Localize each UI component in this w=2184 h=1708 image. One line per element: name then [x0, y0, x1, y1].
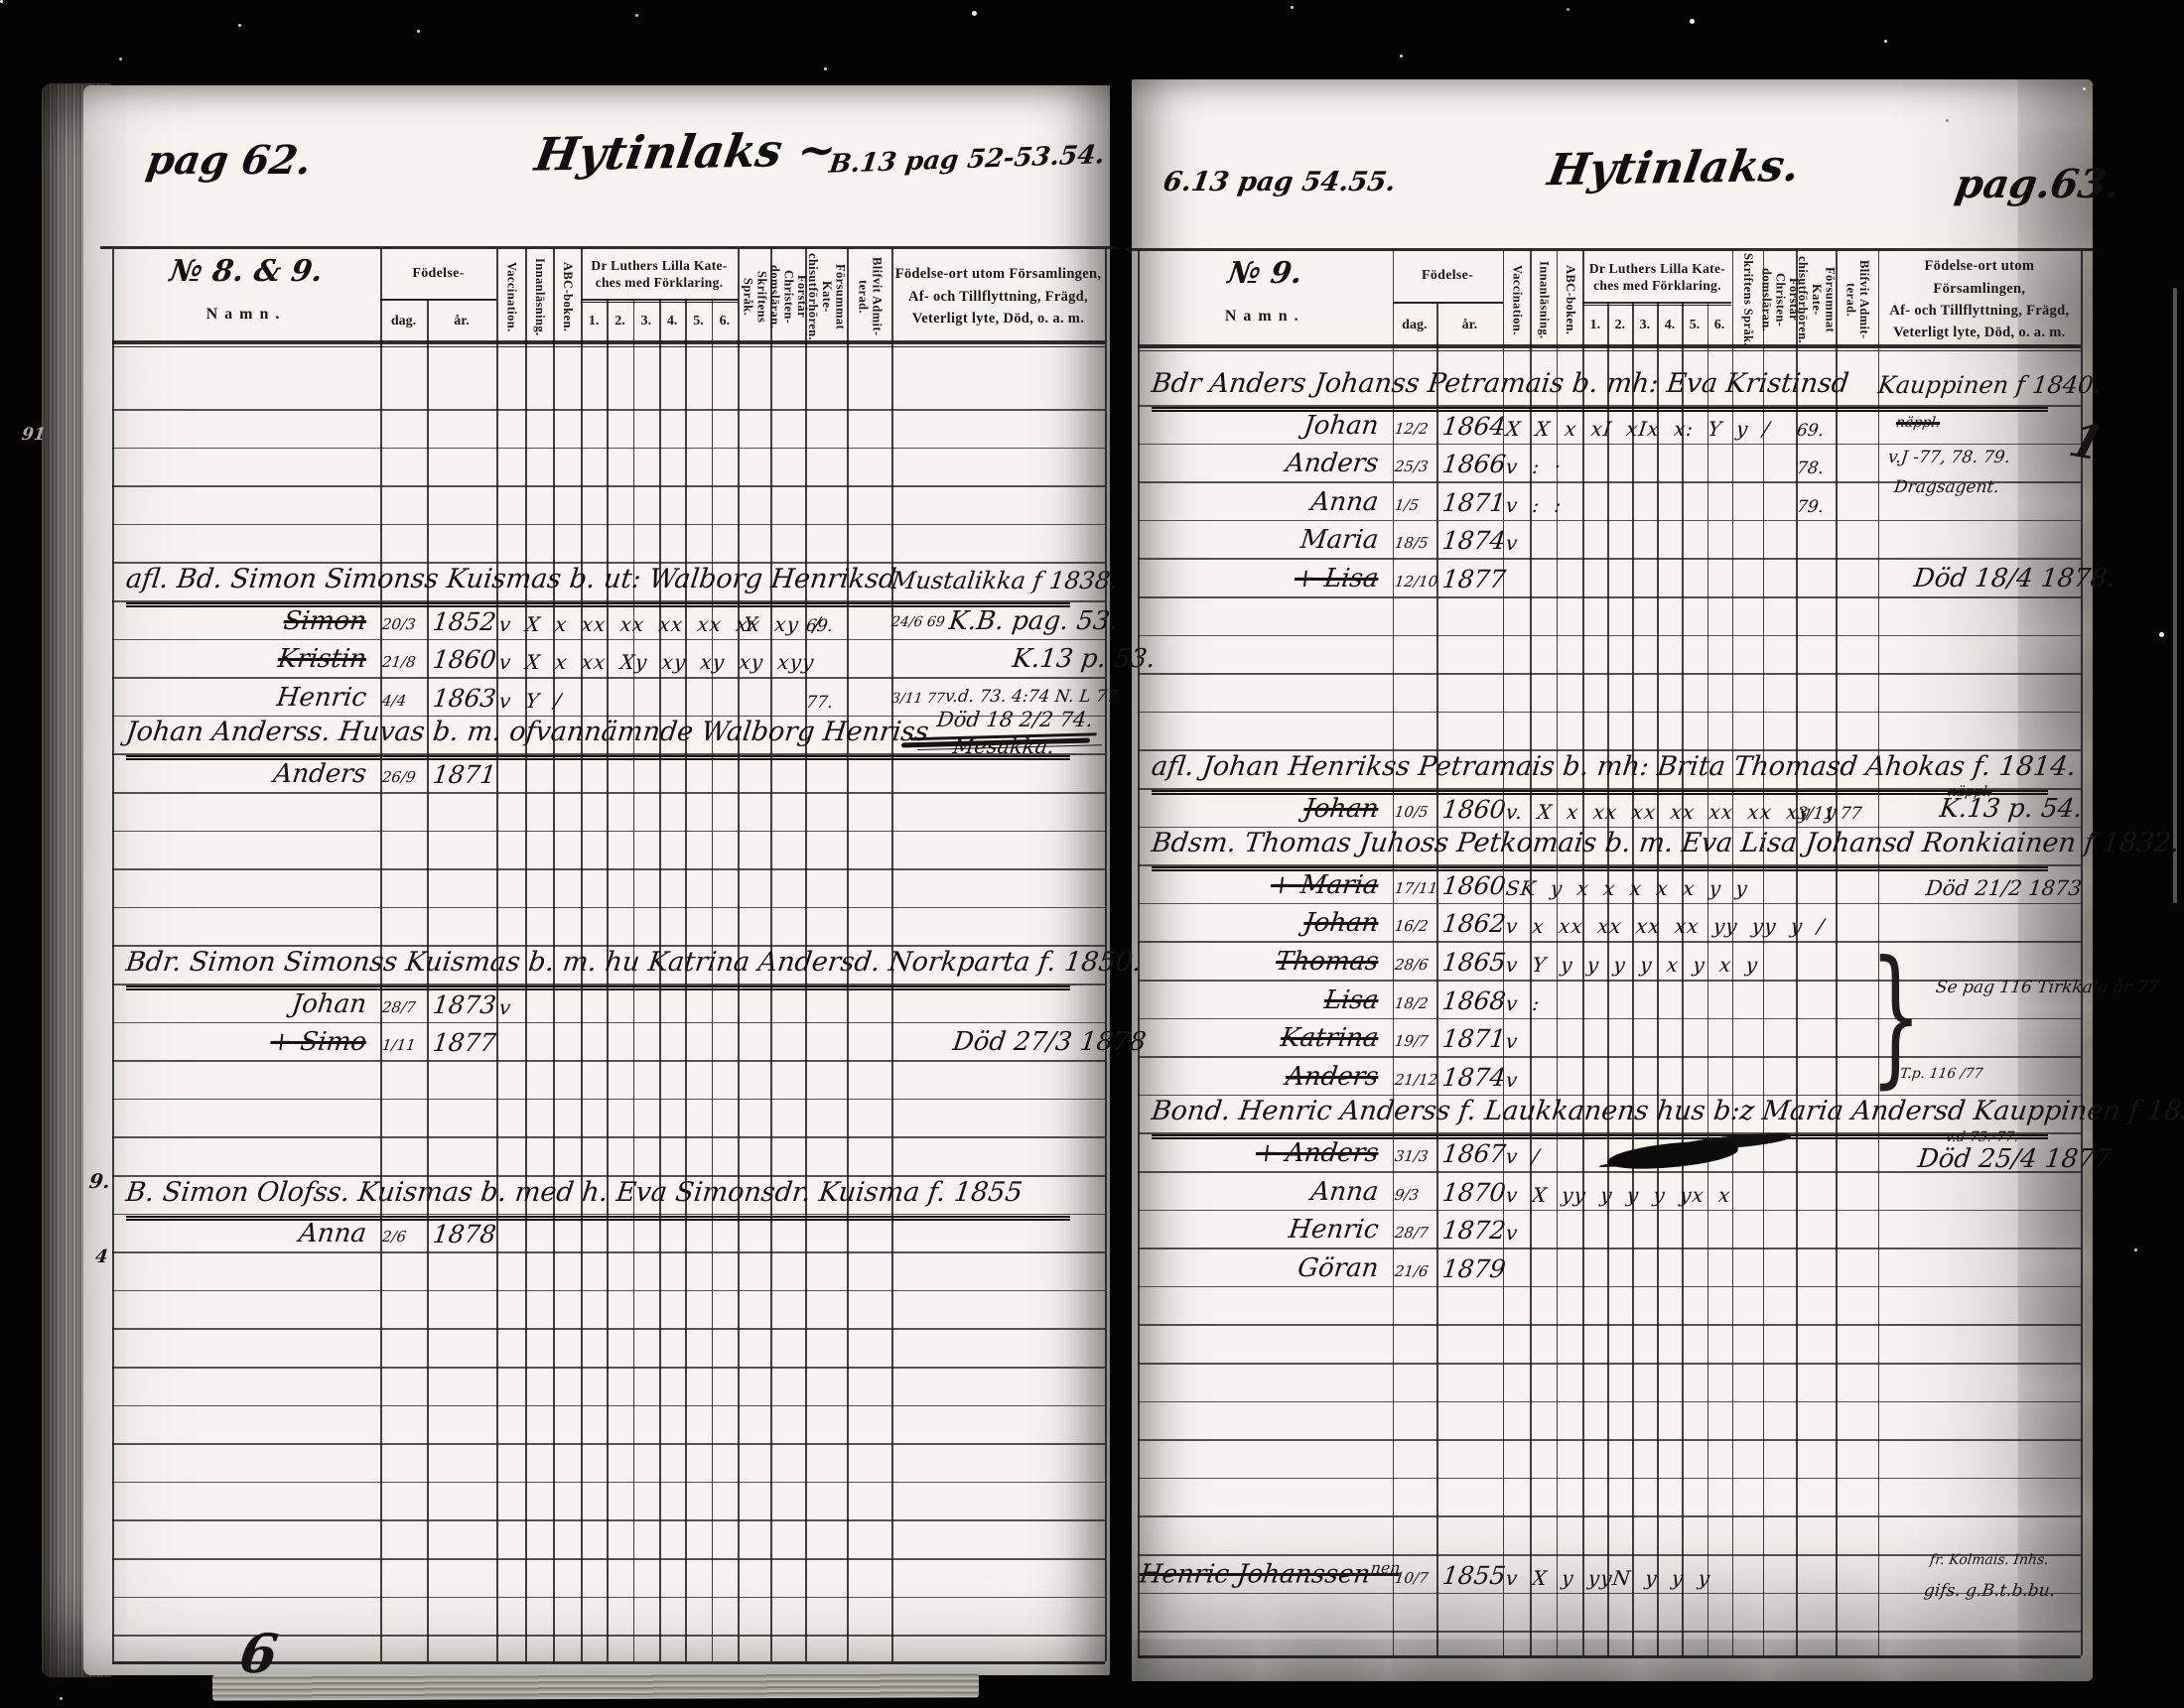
birth-day: 26/9: [381, 768, 417, 786]
exam-marks: v : :: [1504, 493, 1563, 517]
birth-day: 21/8: [381, 653, 417, 671]
family-note: Mustalikka f 1838.: [889, 567, 1119, 594]
table-row: Johan16/21862v x xx xx xx xx yy yy y /: [1138, 903, 2081, 941]
column-vaccination: Vaccination.: [1503, 253, 1531, 346]
table-row: Katrina19/71871v: [1138, 1018, 2081, 1056]
family-header-text: Bond. Henric Anderss f. Laukkanens hus b…: [1150, 1096, 2184, 1126]
note-text: Död 27/3 1878: [951, 1027, 1148, 1057]
family-header-text: Bdr. Simon Simonss Kuismas b. m. hu Katr…: [124, 947, 1143, 978]
note-text: gifs. g.B.t.b.bu.: [1923, 1581, 2057, 1601]
exam-marks: v. X x xx xx xx xx xx xy y: [1504, 800, 1839, 824]
note-text: Död 18/4 1878.: [1912, 564, 2116, 593]
table-row: Bond. Henric Anderss f. Laukkanens hus b…: [1138, 1095, 2081, 1132]
birth-day: 1/5: [1393, 496, 1419, 514]
table-row: Bdr Anders Johanss Petramais b. mh: Eva …: [1138, 367, 2081, 405]
person-name: Henric Johanssennen: [1138, 1559, 1380, 1590]
table-row: + Anders31/31867v /v.d 75.-77.Död 25/4 1…: [1138, 1133, 2081, 1171]
note-text: 24/6 69: [890, 614, 946, 630]
column-notes: Födelse-ort utom Församlingen, Af- och T…: [1878, 250, 2081, 349]
margin-mark: 6: [236, 1622, 281, 1685]
birth-year: 1855: [1440, 1561, 1507, 1590]
birth-day: 4/4: [381, 692, 407, 710]
person-name: Lisa: [1138, 985, 1380, 1015]
person-name: Anna: [112, 1219, 368, 1248]
namn-header-cell: № 8. & 9. Namn.: [112, 248, 380, 345]
exam-marks: v Y y y y y x y x y: [1504, 953, 1759, 977]
column-blifvit-admitterad: Blifvit Admit- terad.: [847, 251, 891, 342]
person-name: Simon: [112, 606, 368, 636]
rule-line: [1138, 635, 2081, 637]
column-blifvit-admitterad: Blifvit Admit- terad.: [1836, 253, 1878, 346]
kateches-3: 3.: [1640, 318, 1651, 333]
column-abc-boken: ABC-boken.: [553, 251, 581, 342]
rule-line: [1138, 596, 2081, 598]
rule-line: [1138, 1324, 2081, 1326]
birth-day: 18/5: [1393, 534, 1429, 552]
rule-line: [112, 1251, 1105, 1253]
column-forsummat-katechisutforhoren: Försummat Kate- chisutförhören.: [805, 251, 847, 342]
table-row: Henric Johanssennen10/71855v X y yyN y y…: [1138, 1555, 2081, 1593]
exam-marks: v : ·: [1504, 455, 1563, 478]
table-row: Anders21/121874vT.p. 116 /77: [1138, 1057, 2081, 1095]
family-header-text: afl. Johan Henrikss Petramais b. mh: Bri…: [1150, 751, 2078, 782]
birth-day: 21/6: [1393, 1262, 1429, 1280]
column-fodelse: Födelse-: [380, 248, 496, 299]
birth-day: 28/6: [1393, 956, 1429, 974]
table-row: Maria18/51874v: [1138, 520, 2081, 558]
column-dag: dag.: [1402, 318, 1427, 333]
column-innanlasning: Innanläsning.: [1530, 253, 1557, 346]
person-name: Henric: [112, 683, 368, 713]
exam-marks: SK y x x x x x y y: [1504, 876, 1749, 900]
table-row: + Maria17/111860SK y x x x x x y yDöd 21…: [1138, 865, 2081, 903]
page-number-right: pag.63.: [1952, 161, 2123, 207]
birth-day: 12/2: [1393, 420, 1429, 438]
column-forstar-christendomslaran: Förstår Christen- domsläran.: [1763, 253, 1796, 346]
column-vaccination: Vaccination.: [496, 251, 525, 342]
exam-marks: v /: [1504, 1144, 1541, 1168]
family-note: Kauppinen f 1840.: [1876, 371, 2103, 399]
birth-year: 1878: [431, 1220, 497, 1248]
table-row: Johan28/71873v: [112, 985, 1105, 1022]
person-name: + Maria: [1138, 870, 1380, 900]
table-row: Kristin21/81860v X x xx Xy xy xy xy xyyK…: [112, 639, 1105, 677]
column-abc-boken: ABC-boken.: [1557, 253, 1583, 346]
birth-day: 16/2: [1393, 917, 1429, 935]
note-text: T.p. 116 /77: [1899, 1066, 1983, 1082]
birth-year: 1871: [431, 760, 497, 789]
column-notes: Födelse-ort utom Församlingen, Af- och T…: [891, 248, 1105, 345]
birth-year: 1862: [1440, 909, 1507, 938]
notes-header-cell: Födelse-ort utom Församlingen, Af- och T…: [891, 248, 1105, 345]
note-text: K.13 p. 53.: [1011, 644, 1157, 674]
birth-year: 1877: [1440, 565, 1507, 593]
village-title-right: Hytinlaks.: [1545, 141, 1804, 196]
birth-day: 2/6: [381, 1228, 407, 1246]
family-header-text: Bdr Anders Johanss Petramais b. mh: Eva …: [1150, 368, 1850, 399]
person-name: Anders: [1138, 449, 1380, 478]
column-dag: dag.: [391, 314, 416, 329]
note-text: v.d 75.-77.: [1945, 1129, 2019, 1145]
forsummat-mark: 78.: [1796, 459, 1826, 478]
family-header-text: Bdsm. Thomas Juhoss Petkomais b. m. Eva …: [1150, 828, 2181, 858]
forsummat-mark: 77.: [805, 693, 835, 713]
birth-year: 1864: [1440, 412, 1507, 441]
exam-marks: v: [498, 995, 513, 1019]
table-row: Anna9/31870v X yy y y y yx x: [1138, 1172, 2081, 1210]
column-forsummat-katechisutforhoren: Försummat Kate- chisutförhören.: [1796, 253, 1836, 346]
exam-marks: v X yy y y y yx x: [1504, 1183, 1731, 1207]
table-header-left: № 8. & 9. Namn. Födelse- dag. år. Vaccin…: [112, 248, 1105, 345]
birth-day: 25/3: [1393, 458, 1429, 475]
rule-line: [112, 1405, 1105, 1407]
rule-line: [1138, 673, 2081, 675]
person-name: Thomas: [1138, 947, 1380, 977]
ink-blot: [1607, 1137, 1740, 1172]
person-name: Johan: [112, 989, 368, 1019]
birth-year: 1868: [1440, 986, 1507, 1015]
kateches-4: 4.: [667, 314, 678, 329]
column-innanlasning: Innanläsning.: [525, 251, 553, 342]
column-kateches: Dr Luthers Lilla Kate- ches med Förklari…: [1582, 250, 1731, 305]
person-name: Anna: [1138, 487, 1380, 517]
birth-day: 10/7: [1393, 1569, 1429, 1587]
birth-year: 1867: [1440, 1139, 1507, 1168]
namn-header-cell: № 9. Namn.: [1138, 250, 1393, 349]
birth-day: 28/7: [1393, 1224, 1429, 1242]
person-name: Johan: [1138, 411, 1380, 441]
birth-year: 1860: [1440, 795, 1507, 824]
table-row: Johan12/21864X X x xI xIx x: Y y /69.näp…: [1138, 406, 2081, 444]
table-row: + Lisa12/101877Död 18/4 1878.: [1138, 559, 2081, 596]
person-name: Johan: [1138, 908, 1380, 938]
kateches-header-cell: Dr Luthers Lilla Kate- ches med Förklari…: [581, 248, 738, 303]
family-header-text: afl. Bd. Simon Simonss Kuismas b. ut: Wa…: [124, 564, 897, 594]
forsummat-mark: 79.: [1796, 497, 1826, 517]
exam-marks: v :: [1504, 991, 1541, 1015]
rule-line: [1138, 350, 2081, 351]
table-row: Anna2/61878: [112, 1214, 1105, 1251]
exam-marks: v Y /: [498, 689, 564, 713]
birth-year: 1874: [1440, 526, 1507, 555]
forsummat-mark: 3/11 77: [1796, 804, 1863, 824]
birth-year: 1870: [1440, 1178, 1507, 1207]
table-row: afl. Bd. Simon Simonss Kuismas b. ut: Wa…: [112, 563, 1105, 600]
birth-day: 19/7: [1393, 1032, 1429, 1050]
table-row: B. Simon Olofss. Kuismas b. med h. Eva S…: [112, 1176, 1105, 1214]
rule-line: [112, 409, 1105, 411]
exam-marks: v X x xx Xy xy xy xy xyy: [498, 650, 816, 674]
rule-line: [112, 1099, 1105, 1101]
forsummat-mark: 69.: [1796, 421, 1826, 441]
notes-header-cell: Födelse-ort utom Församlingen, Af- och T…: [1878, 250, 2081, 349]
table-row: Simon20/31852v X x xx xx xx xx xx xy /Y6…: [112, 601, 1105, 639]
column-namn: Namn.: [112, 306, 380, 324]
kateches-1: 1.: [1590, 318, 1601, 333]
page-number-left: pag 62.: [143, 137, 315, 184]
birth-year: 1860: [431, 645, 497, 674]
forsummat-mark: 69.: [805, 616, 835, 636]
rule-line: [112, 346, 1105, 347]
rule-line: [112, 1482, 1105, 1484]
family-header-text: B. Simon Olofss. Kuismas b. med h. Eva S…: [124, 1177, 1024, 1208]
margin-mark: 4: [94, 1247, 109, 1267]
birth-year: 1872: [1440, 1216, 1507, 1245]
margin-mark: 91: [21, 425, 47, 445]
table-row: Thomas28/61865v Y y y y y x y x ySe pag …: [1138, 942, 2081, 980]
exam-marks: v X y yyN y y y: [1504, 1566, 1711, 1590]
birth-year: 1873: [431, 990, 497, 1019]
birth-day: 28/7: [381, 998, 417, 1016]
rule-line: [112, 448, 1105, 450]
birth-day: 21/12: [1393, 1071, 1437, 1089]
birth-year: 1866: [1440, 450, 1507, 478]
column-ar: år.: [454, 314, 469, 329]
rule-line: [112, 1597, 1105, 1599]
table-row: Göran21/61879: [1138, 1248, 2081, 1286]
note-text: Död 25/4 1877: [1916, 1144, 2113, 1174]
kateches-3: 3.: [641, 314, 652, 329]
birth-year: 1871: [1440, 1024, 1507, 1053]
birth-year: 1865: [1440, 948, 1507, 977]
rule-line: [112, 831, 1105, 833]
column-fodelse: Födelse-: [1393, 250, 1503, 302]
rule-line: [112, 1558, 1105, 1560]
note-text: K.B. pag. 53.: [947, 606, 1120, 636]
book-fore-edge: [212, 1671, 979, 1700]
rule-line: [112, 1290, 1105, 1292]
table-row: Henric4/41863v Y /77.Död 18 2/2 74.Mesak…: [112, 678, 1105, 716]
rule-line: [1138, 1478, 2081, 1480]
table-row: Anders26/91871: [112, 754, 1105, 792]
kateches-4: 4.: [1665, 318, 1676, 333]
rule-line: [1138, 1655, 2081, 1658]
column-ar: år.: [1462, 318, 1477, 333]
rule-line: [112, 907, 1105, 909]
rule-line: [1138, 1363, 2081, 1365]
rule-line: [1138, 1286, 2081, 1288]
fodelse-header-cell: Födelse-: [380, 248, 496, 300]
table-row: + Simo1/111877Död 27/3 1878: [112, 1022, 1105, 1060]
person-name: Anna: [1138, 1177, 1380, 1207]
person-name: Katrina: [1138, 1023, 1380, 1053]
table-row: Johan10/51860v. X x xx xx xx xx xx xy y3…: [1138, 789, 2081, 827]
kateches-5: 5.: [693, 314, 704, 329]
table-row: Henric28/71872v: [1138, 1210, 2081, 1248]
kateches-2: 2.: [1615, 318, 1626, 333]
book-reference-right: 6.13 pag 54.55.: [1161, 167, 1399, 197]
table-row: Lisa18/21868v :: [1138, 981, 2081, 1018]
column-namn: Namn.: [1138, 308, 1393, 326]
exam-marks: X X x xI xIx x: Y y /: [1504, 417, 1771, 441]
rule-line: [112, 1443, 1105, 1445]
book-scan: { "columns": { "namn": "Namn.", "fodelse…: [0, 0, 2184, 1708]
table-row: Bdsm. Thomas Juhoss Petkomais b. m. Eva …: [1138, 827, 2081, 864]
person-name: + Simo: [112, 1027, 368, 1057]
birth-day: 12/10: [1393, 573, 1437, 591]
birth-year: 1879: [1440, 1254, 1507, 1283]
birth-year: 1860: [1440, 871, 1507, 900]
person-name: + Lisa: [1138, 564, 1380, 593]
rule-line: [112, 792, 1105, 794]
family-header-text: Johan Anderss. Huvas b. m. ofvannämnde W…: [124, 717, 930, 747]
village-title-left: Hytinlaks ~: [531, 122, 840, 181]
table-header-right: № 9. Namn. Födelse- dag. år. Vaccination…: [1138, 250, 2081, 349]
rule-line: [112, 1328, 1105, 1330]
exam-marks: v: [1504, 1068, 1519, 1092]
person-name: Anders: [1138, 1062, 1380, 1092]
rule-line: [112, 1060, 1105, 1062]
table-row: Anders25/31866v : ·78.: [1138, 444, 2081, 481]
margin-mark: 9.: [88, 1169, 112, 1193]
person-name: Henric: [1138, 1215, 1380, 1245]
note-text: näppl.: [1895, 415, 1941, 431]
table-row: Bdr. Simon Simonss Kuismas b. m. hu Katr…: [112, 946, 1105, 984]
birth-year: 1871: [1440, 488, 1507, 517]
rule-line: [1138, 1401, 2081, 1403]
person-name: Anders: [112, 759, 368, 789]
birth-day: 20/3: [381, 615, 417, 633]
table-row: Anna1/51871v : :79.: [1138, 482, 2081, 520]
person-name: Johan: [1138, 794, 1380, 824]
rule-line: [1138, 1515, 2081, 1517]
column-forstar-christendomslaran: Förstår Christen- domsläran.: [770, 251, 805, 342]
kateches-5: 5.: [1690, 318, 1701, 333]
exam-marks: v X x xx xx xx xx xx xy /: [498, 612, 823, 636]
rule-line: [112, 1367, 1105, 1369]
birth-year: 1852: [431, 607, 497, 636]
birth-day: 10/5: [1393, 803, 1429, 821]
birth-year: 1874: [1440, 1063, 1507, 1092]
kateches-1: 1.: [589, 314, 600, 329]
birth-day: 18/2: [1393, 994, 1429, 1012]
exam-marks: v: [1504, 1221, 1519, 1245]
next-page-edge: [2173, 288, 2177, 903]
kateches-6: 6.: [720, 314, 731, 329]
fodelse-header-cell: Födelse-: [1393, 250, 1503, 303]
rule-line: [1138, 712, 2081, 714]
person-name: Kristin: [112, 644, 368, 674]
birth-day: 9/3: [1393, 1186, 1419, 1204]
exam-marks: v: [1504, 1029, 1519, 1053]
birth-year: 1863: [431, 684, 497, 713]
note-text: fr. Kolmais. Inhs.: [1929, 1552, 2050, 1568]
rule-line: [112, 524, 1105, 526]
exam-marks: v: [1504, 531, 1519, 555]
birth-year: 1877: [431, 1028, 497, 1057]
table-row: Johan Anderss. Huvas b. m. ofvannämnde W…: [112, 716, 1105, 753]
person-name: Göran: [1138, 1253, 1380, 1283]
rule-line: [112, 868, 1105, 870]
note-text: K.13 p. 54.: [1938, 794, 2084, 824]
rule-line: [1138, 1631, 2081, 1633]
kateches-6: 6.: [1714, 318, 1725, 333]
rule-line: [1138, 1439, 2081, 1441]
column-kateches: Dr Luthers Lilla Kate- ches med Förklari…: [581, 248, 738, 302]
birth-day: 31/3: [1393, 1147, 1429, 1165]
rule-line: [112, 485, 1105, 487]
household-number: № 9.: [1136, 256, 1395, 291]
dust-specks: [0, 0, 3, 3]
table-row: afl. Johan Henrikss Petramais b. mh: Bri…: [1138, 750, 2081, 788]
column-skriftens-sprak: Skriftens Språk.: [738, 251, 770, 342]
note-text: Död 21/2 1873: [1924, 876, 2083, 900]
kateches-2: 2.: [614, 314, 625, 329]
person-name: + Anders: [1138, 1138, 1380, 1168]
birth-day: 17/11: [1393, 879, 1437, 897]
rule-line: [112, 1519, 1105, 1521]
person-name: Maria: [1138, 525, 1380, 555]
kateches-header-cell: Dr Luthers Lilla Kate- ches med Förklari…: [1582, 250, 1731, 306]
rule-line: [112, 1136, 1105, 1138]
exam-marks: v x xx xx xx xx yy yy y /: [1504, 914, 1826, 938]
birth-day: 1/11: [381, 1036, 417, 1054]
household-number: № 8. & 9.: [110, 254, 383, 289]
